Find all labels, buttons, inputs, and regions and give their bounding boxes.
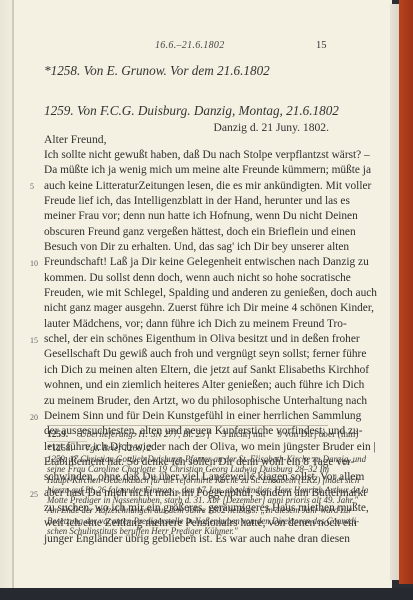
apparatus-variant: 3 nicht] mit — [222, 430, 266, 440]
body-line: schel, der ein schönes Eigenthum in Oliv… — [44, 332, 327, 347]
body-line: Ich sollte nicht gewußt haben, daß Du na… — [44, 148, 327, 163]
line-number: 25 — [30, 487, 38, 502]
apparatus-source: Überlieferung: H: SN 277, Bl. 25 f — [80, 430, 210, 440]
body-line: ich Dich zu meinen alten Eltern, die jet… — [44, 363, 327, 378]
running-head: 16.6.–21.6.1802 — [155, 40, 225, 51]
apparatus-variant: 9 von Dir] über (ihm) — [277, 430, 358, 440]
commentary-line: Motte Prediger in Nassenhuben, starb d. … — [47, 495, 329, 505]
apparatus-divider — [47, 441, 87, 442]
body-line: Deinem Sinn und für Dein Kunstgefühl in … — [44, 409, 327, 424]
line-number: 15 — [30, 333, 38, 348]
line-number: 10 — [30, 256, 38, 271]
body-line: Freundschaft! Laß ja Dir keine Gelegenhe… — [44, 255, 327, 270]
table-surface — [0, 588, 413, 600]
body-line: Freuden, wie mit Schlegel, Spalding und … — [44, 286, 327, 301]
commentary-line: schen Schulinstituts beruffen Herr Predi… — [47, 526, 329, 536]
commentary-line: Haupt-Kirchen-GedenkBuch für die reformi… — [47, 475, 329, 485]
previous-page-edge — [0, 0, 14, 600]
footnote-divider — [47, 425, 328, 426]
body-line: Gesellschaft Du gewiß auch froh und verg… — [44, 347, 327, 362]
letter-dateline: Danzig d. 21 Juny. 1802. — [214, 121, 330, 134]
apparatus-number: *1258. — [47, 444, 73, 454]
letter-heading-1259: 1259. Von F.C.G. Duisburg. Danzig, Monta… — [44, 103, 339, 119]
commentary-line: 1259. 17 Christian Gottlieb Duisburg, Pf… — [47, 454, 329, 464]
line-number: 20 — [30, 410, 38, 425]
body-line: wohnen, und ein ziemlich heiteres Alter … — [44, 378, 327, 393]
body-line: Freude lief ich, das Intelligenzblatt in… — [44, 194, 327, 209]
body-line: lauter Mädchens, vor; dann führe ich Dic… — [44, 317, 327, 332]
apparatus-number: 1259. — [47, 430, 68, 440]
apparatus-reference: Vgl. Brief 1260, 2 — [85, 444, 152, 454]
body-line: nicht ganz mager ausgehn. Zuerst führe i… — [44, 301, 327, 316]
apparatus-entry-1259: 1259. Überlieferung: H: SN 277, Bl. 25 f… — [47, 430, 358, 440]
body-line: obscuren Freund ganz vergeßen hättest, d… — [44, 225, 327, 240]
body-line: auch keine LitteraturZeitungen lesen, di… — [44, 179, 327, 194]
body-line: zu meinem Bruder, den Artzt, wo du philo… — [44, 394, 327, 409]
line-number: 5 — [30, 179, 34, 194]
commentary-line: hierzu auf Bl. 26 folgender Eintrag: „de… — [47, 485, 329, 495]
commentary-notes: 1259. 17 Christian Gottlieb Duisburg, Pf… — [47, 454, 329, 536]
page-stack-edge — [390, 4, 399, 580]
commentary-line: seine Frau Caroline Charlotte 19 Christi… — [47, 464, 329, 474]
letter-salutation: Alter Freund, — [44, 133, 106, 146]
body-line: Besuch von Dir zu erhalten. Und, das sag… — [44, 240, 327, 255]
page-number: 15 — [316, 40, 327, 51]
commentary-line: Am Ende der Aufzeichnungen aus dem Jahre… — [47, 505, 329, 515]
body-line: Da müßte ich ja wenig mich um meine alte… — [44, 163, 327, 178]
book-cover-edge — [399, 0, 413, 584]
body-line: meiner Frau vor; denn nun hatte ich Hofn… — [44, 209, 327, 224]
commentary-line: Besetzung der vacanten Predigerstelle in… — [47, 516, 329, 526]
body-line: kommen. Du sollst denn doch, wenn auch n… — [44, 271, 327, 286]
letter-heading-1258: *1258. Von E. Grunow. Vor dem 21.6.1802 — [44, 63, 270, 79]
apparatus-entry-1258: *1258. Vgl. Brief 1260, 2 — [47, 444, 151, 454]
